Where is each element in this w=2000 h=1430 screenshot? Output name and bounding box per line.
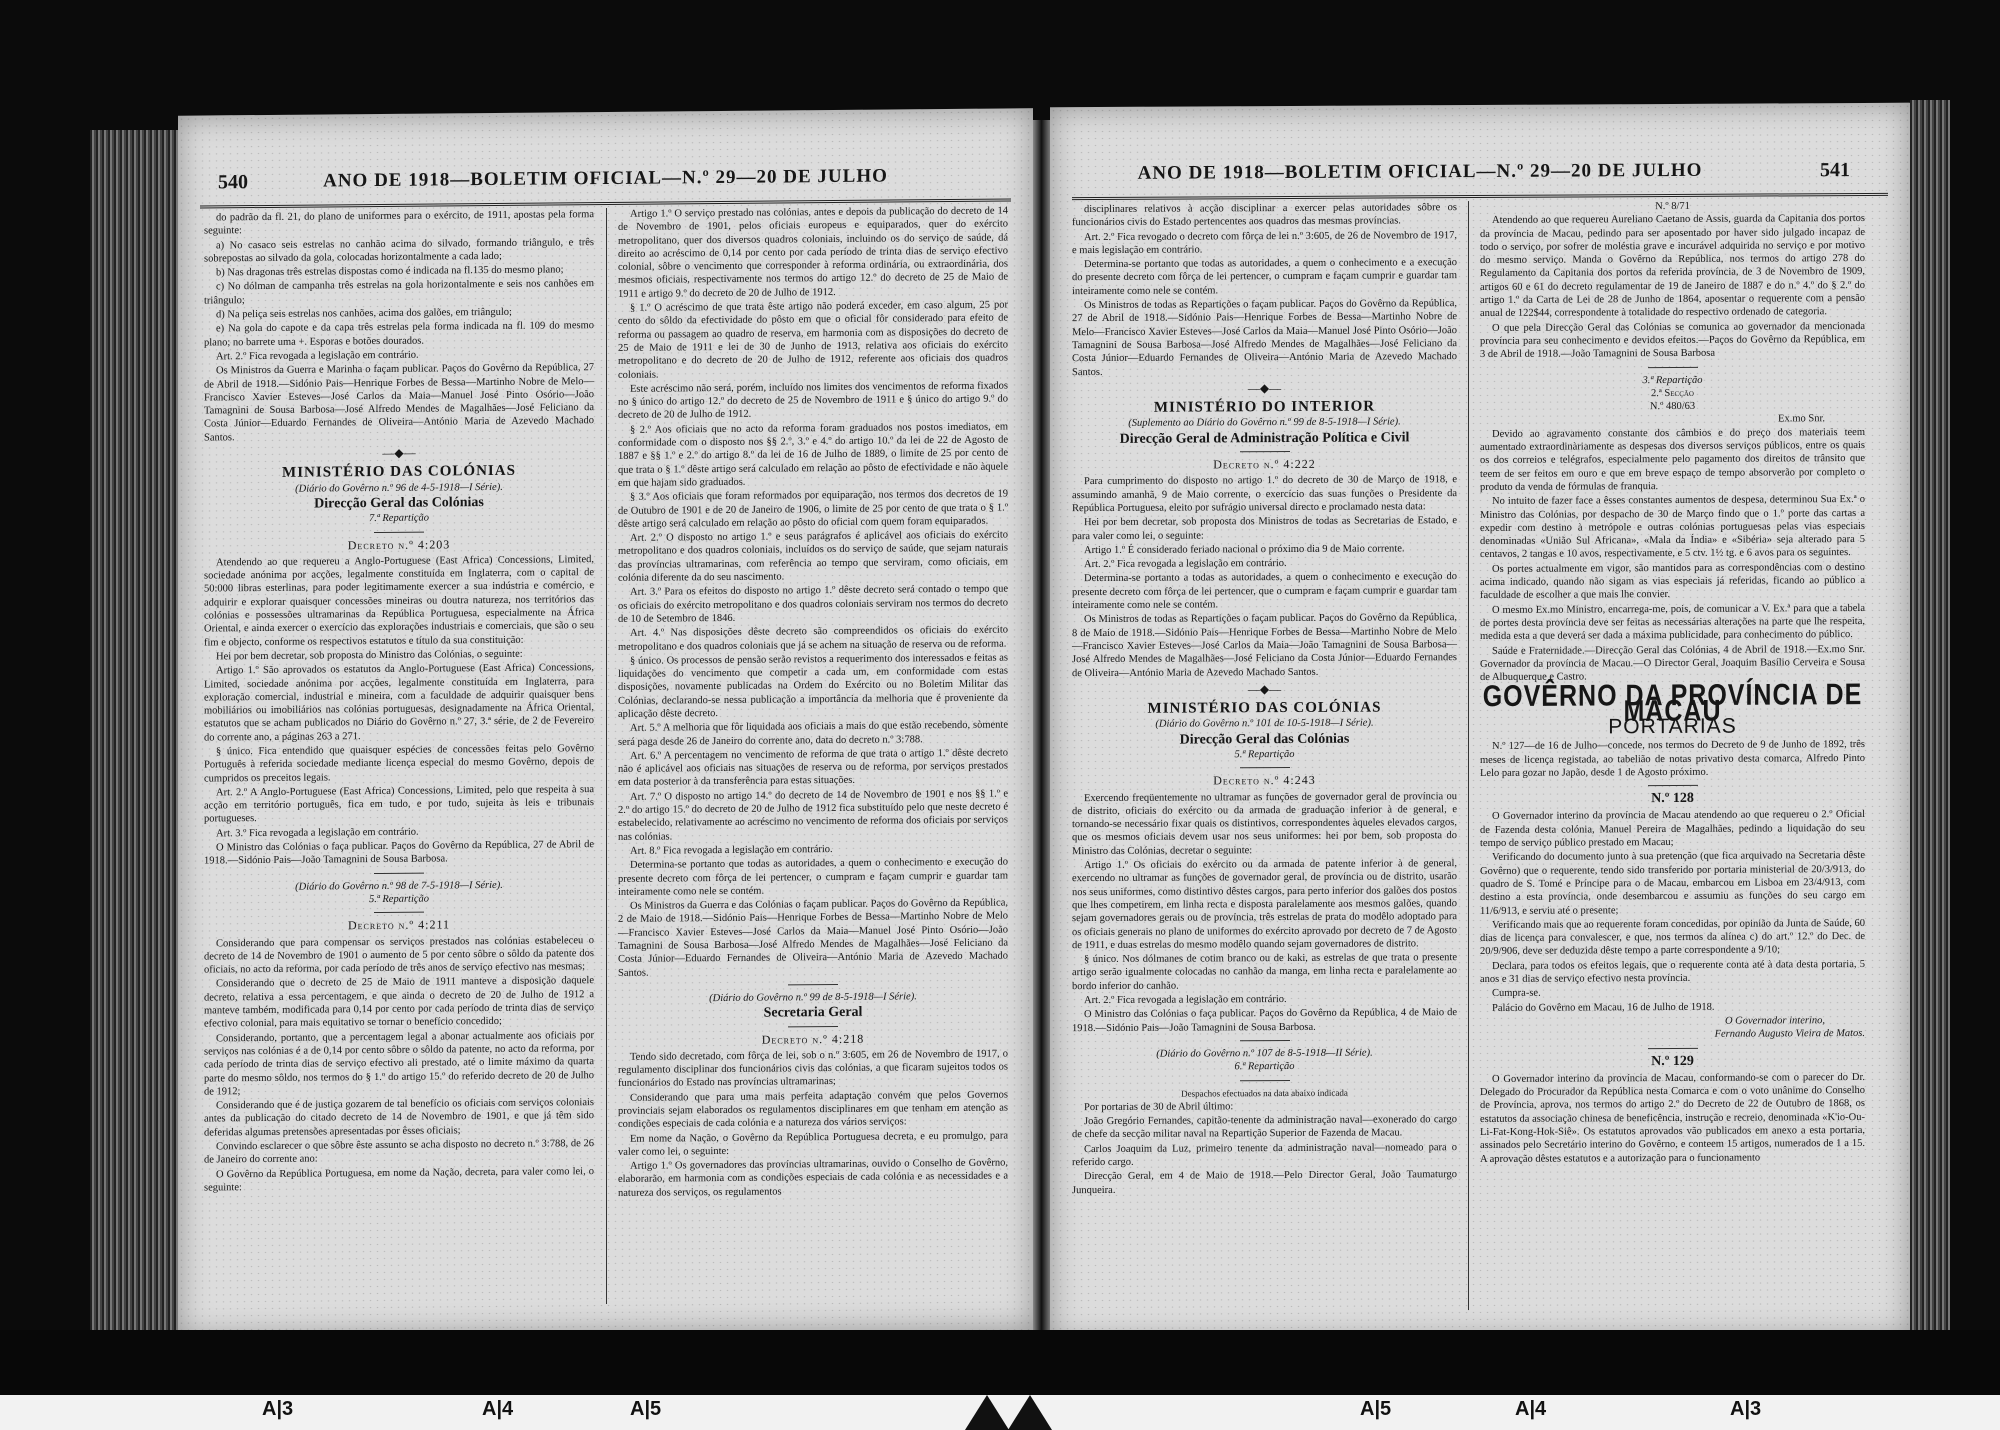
- macau-government-heading: GOVÊRNO DA PROVÍNCIA DE MACAU: [1480, 688, 1865, 722]
- page-header: ANO DE 1918—BOLETIM OFICIAL—N.º 29—20 DE…: [1050, 153, 1910, 194]
- column-left-1: do padrão da fl. 21, do plano de uniform…: [204, 208, 594, 1196]
- text-paragraph: Por portarias de 30 de Abril último:: [1072, 1099, 1457, 1114]
- text-paragraph: Art. 4.º Nas disposições dêste decreto s…: [618, 624, 1008, 654]
- text-paragraph: Considerando, portanto, que a percentage…: [204, 1029, 594, 1099]
- decreto-heading: Decreto n.º 4:222: [1072, 457, 1457, 472]
- film-marker: A|5: [630, 1398, 661, 1421]
- text-paragraph: do padrão da fl. 21, do plano de uniform…: [204, 208, 594, 238]
- text-paragraph: Verificando mais que ao requerente foram…: [1480, 917, 1865, 959]
- text-paragraph: João Gregório Fernandes, capitão-tenente…: [1072, 1113, 1457, 1142]
- decreto-heading: Decreto n.º 4:203: [204, 537, 594, 554]
- text-paragraph: Considerando que para uma mais perfeita …: [618, 1088, 1008, 1131]
- text-paragraph: Declara, para todos os efeitos legais, q…: [1480, 958, 1865, 987]
- text-paragraph: Art. 2.º Fica revogada a legislação em c…: [1072, 992, 1457, 1007]
- text-paragraph: Art. 2.º Fica revogado o decreto com fôr…: [1072, 229, 1457, 258]
- film-center-arrow-right-icon: [1008, 1395, 1052, 1430]
- book-page-edges-right: [1910, 100, 1950, 1340]
- running-title: ANO DE 1918—BOLETIM OFICIAL—N.º 29—20 DE…: [178, 164, 1033, 193]
- text-paragraph: Artigo 1.º É considerado feriado naciona…: [1072, 542, 1457, 557]
- text-paragraph: Para cumprimento do disposto no artigo 1…: [1072, 473, 1457, 515]
- text-paragraph: Art. 7.º O disposto no artigo 14.º do de…: [618, 787, 1008, 844]
- text-paragraph: disciplinares relativos à acção discipli…: [1072, 201, 1457, 230]
- text-paragraph: Artigo 1.º Os governadores das província…: [618, 1157, 1008, 1200]
- decreto-heading: Decreto n.º 4:243: [1072, 773, 1457, 788]
- text-paragraph: § único. Os processos de pensão serão re…: [618, 651, 1008, 721]
- scan-dark-band: [0, 1330, 2000, 1395]
- text-paragraph: a) No casaco seis estrelas no canhão aci…: [204, 236, 594, 266]
- text-paragraph: § 1.º O acréscimo de que trata êste arti…: [618, 299, 1008, 382]
- column-left-2: Artigo 1.º O serviço prestado nas colóni…: [618, 204, 1008, 1200]
- despachos-list: Por portarias de 30 de Abril último:João…: [1072, 1099, 1457, 1197]
- text-paragraph: § 2.º Aos oficiais que no acto da reform…: [618, 420, 1008, 490]
- secretaria-heading: Secretaria Geral: [618, 1005, 1008, 1022]
- text-paragraph: Os Ministros de todas as Repartições o f…: [1072, 611, 1457, 680]
- text-paragraph: Direcção Geral, em 4 de Maio de 1918.—Pe…: [1072, 1168, 1457, 1197]
- decreto-continuation: disciplinares relativos à acção discipli…: [1072, 201, 1457, 379]
- film-marker: A|5: [1360, 1398, 1391, 1421]
- ministry-heading: MINISTÉRIO DAS COLÓNIAS: [204, 464, 594, 481]
- text-paragraph: Hei por bem decretar, sob proposta dos M…: [1072, 514, 1457, 543]
- text-paragraph: Devido ao agravamento constante dos câmb…: [1480, 426, 1865, 495]
- text-paragraph: Art. 2.º Fica revogada a legislação em c…: [1072, 556, 1457, 571]
- portaria-number: N.º 129: [1480, 1053, 1865, 1068]
- divider: [1240, 451, 1290, 452]
- text-paragraph: Os Ministros da Guerra e Marinha o façam…: [204, 361, 594, 444]
- text-paragraph: O Ministro das Colónias o faça publicar.…: [1072, 1006, 1457, 1035]
- text-paragraph: Determina-se portanto que todas as autor…: [1072, 256, 1457, 298]
- reparticao-label: 7.ª Repartição: [204, 510, 594, 527]
- divider: [1240, 767, 1290, 768]
- divider: [1648, 785, 1698, 786]
- decreto-heading: Decreto n.º 4:211: [204, 917, 594, 934]
- decreto-articles: Artigo 1.º O serviço prestado nas colóni…: [618, 204, 1008, 979]
- decreto-body: Para cumprimento do disposto no artigo 1…: [1072, 473, 1457, 679]
- column-right-2: N.º 8/71 Atendendo ao que requereu Aurel…: [1480, 199, 1865, 1167]
- text-paragraph: Considerando que é de justiça gozarem de…: [204, 1096, 594, 1139]
- text-paragraph: Determina-se portanto que todas as autor…: [618, 856, 1008, 899]
- oficio-body: Atendendo ao que requereu Aureliano Caet…: [1480, 212, 1865, 361]
- diario-reference: (Suplemento ao Diário do Govêrno n.º 99 …: [1072, 416, 1457, 431]
- reparticao-label: 5.ª Repartição: [204, 891, 594, 908]
- section-ornament: —◆—: [1072, 682, 1457, 697]
- signature-name: Fernando Augusto Vieira de Matos.: [1480, 1027, 1865, 1042]
- text-paragraph: Carlos Joaquim da Luz, primeiro tenente …: [1072, 1141, 1457, 1170]
- divider: [374, 872, 424, 873]
- text-paragraph: O Govêrno da República Portuguesa, em no…: [204, 1165, 594, 1195]
- text-paragraph: Art. 6.º A percentagem no vencimento de …: [618, 746, 1008, 789]
- decreto-body: Considerando que para compensar os servi…: [204, 934, 594, 1195]
- text-paragraph: O que pela Direcção Geral das Colónias s…: [1480, 320, 1865, 362]
- text-paragraph: Artigo 1.º Os oficiais do exército ou da…: [1072, 857, 1457, 952]
- text-paragraph: Considerando que o decreto de 25 de Maio…: [204, 975, 594, 1032]
- portaria-128-body: O Governador interino da província de Ma…: [1480, 808, 1865, 1014]
- text-paragraph: § único. Fica entendido que quaisquer es…: [204, 742, 594, 785]
- text-paragraph: Exercendo freqüentemente no ultramar as …: [1072, 790, 1457, 859]
- text-paragraph: No intuito de fazer face a êsses constan…: [1480, 493, 1865, 562]
- film-marker: A|4: [1515, 1398, 1546, 1421]
- column-separator: [606, 208, 607, 1304]
- text-paragraph: Verificando do documento junto à sua pre…: [1480, 849, 1865, 918]
- book-page-edges-left: [90, 130, 180, 1330]
- divider: [788, 1025, 838, 1026]
- text-paragraph: Artigo 1.º O serviço prestado nas colóni…: [618, 204, 1008, 300]
- divider: [374, 531, 424, 532]
- page-header: 540 ANO DE 1918—BOLETIM OFICIAL—N.º 29—2…: [178, 158, 1033, 201]
- direccao-heading: Direcção Geral das Colónias: [204, 495, 594, 512]
- oficio-body: Devido ao agravamento constante dos câmb…: [1480, 426, 1865, 685]
- section-ornament: —◆—: [1072, 381, 1457, 396]
- decreto-body: Exercendo freqüentemente no ultramar as …: [1072, 790, 1457, 1035]
- divider: [1240, 1080, 1290, 1081]
- text-paragraph: Atendendo ao que requereu Aureliano Caet…: [1480, 212, 1865, 320]
- film-marker: A|4: [482, 1398, 513, 1421]
- running-title: ANO DE 1918—BOLETIM OFICIAL—N.º 29—20 DE…: [1050, 159, 1790, 185]
- text-paragraph: O mesmo Ex.mo Ministro, encarrega-me, po…: [1480, 602, 1865, 644]
- text-paragraph: O Ministro das Colónias o faça publicar.…: [204, 838, 594, 868]
- text-paragraph: Atendendo ao que requereu a Anglo-Portug…: [204, 553, 594, 649]
- text-paragraph: Este acréscimo não será, porém, incluído…: [618, 379, 1008, 422]
- column-separator: [1468, 201, 1469, 1310]
- text-paragraph: Determina-se portanto a todas as autorid…: [1072, 571, 1457, 613]
- text-paragraph: Art. 5.º A melhoria que fôr liquidada ao…: [618, 719, 1008, 749]
- divider: [374, 912, 424, 913]
- text-paragraph: Art. 2.º A Anglo-Portuguese (East Africa…: [204, 783, 594, 826]
- right-page: ANO DE 1918—BOLETIM OFICIAL—N.º 29—20 DE…: [1050, 103, 1910, 1343]
- ministry-heading: MINISTÉRIO DAS COLÓNIAS: [1072, 701, 1457, 716]
- text-paragraph: c) No dólman de campanha três estrelas n…: [204, 278, 594, 308]
- direccao-heading: Direcção Geral de Administração Política…: [1072, 431, 1457, 446]
- ministry-heading: MINISTÉRIO DO INTERIOR: [1072, 400, 1457, 415]
- uniform-items: a) No casaco seis estrelas no canhão aci…: [204, 236, 594, 445]
- section-ornament: —◆—: [204, 445, 594, 462]
- column-right-1: disciplinares relativos à acção discipli…: [1072, 201, 1457, 1198]
- text-paragraph: Considerando que para compensar os servi…: [204, 934, 594, 977]
- left-page: 540 ANO DE 1918—BOLETIM OFICIAL—N.º 29—2…: [178, 108, 1033, 1337]
- text-paragraph: Artigo 1.º São aprovados os estatutos da…: [204, 661, 594, 744]
- divider: [1240, 1040, 1290, 1041]
- portaria-129-body: O Governador interino da província de Ma…: [1480, 1071, 1865, 1166]
- text-paragraph: O Governador interino da província de Ma…: [1480, 808, 1865, 850]
- text-paragraph: Convindo esclarecer o que sôbre êste ass…: [204, 1137, 594, 1167]
- diario-reference: (Diário do Govêrno n.º 99 de 8-5-1918—I …: [618, 989, 1008, 1006]
- reparticao-label: 6.ª Repartição: [1072, 1059, 1457, 1074]
- reparticao-label: 5.ª Repartição: [1072, 747, 1457, 762]
- decreto-body: Tendo sido decretado, com fôrça de lei, …: [618, 1047, 1008, 1200]
- text-paragraph: Os portes actualmente em vigor, são mant…: [1480, 561, 1865, 603]
- text-paragraph: § único. Nos dólmanes de cotim branco ou…: [1072, 951, 1457, 993]
- decreto-body: Atendendo ao que requereu a Anglo-Portug…: [204, 553, 594, 868]
- text-paragraph: Os Ministros de todas as Repartições o f…: [1072, 297, 1457, 379]
- film-center-arrow-left-icon: [965, 1395, 1009, 1430]
- diario-reference: (Diário do Govêrno n.º 101 de 10-5-1918—…: [1072, 717, 1457, 732]
- diario-reference: (Diário do Govêrno n.º 96 de 4-5-1918—I …: [204, 480, 594, 497]
- text-paragraph: Palácio do Govêrno em Macau, 16 de Julho…: [1480, 1000, 1865, 1015]
- text-paragraph: Em nome da Nação, o Govêrno da República…: [618, 1129, 1008, 1159]
- page-number: 541: [1820, 159, 1850, 182]
- text-paragraph: Cumpra-se.: [1480, 985, 1865, 1000]
- portaria-number: N.º 128: [1480, 791, 1865, 806]
- portaria-127: N.º 127—de 16 de Julho—concede, nos term…: [1480, 738, 1865, 780]
- divider: [1648, 366, 1698, 367]
- text-paragraph: § 3.º Aos oficiais que foram reformados …: [618, 488, 1008, 531]
- decreto-heading: Decreto n.º 4:218: [618, 1031, 1008, 1048]
- text-paragraph: Art. 2.º O disposto no artigo 1.º e seus…: [618, 529, 1008, 586]
- direccao-heading: Direcção Geral das Colónias: [1072, 732, 1457, 747]
- divider: [788, 984, 838, 985]
- divider: [1648, 1047, 1698, 1048]
- film-marker: A|3: [262, 1398, 293, 1421]
- text-paragraph: Art. 3.º Para os efeitos do disposto no …: [618, 583, 1008, 626]
- text-paragraph: O Governador interino da província de Ma…: [1480, 1071, 1865, 1166]
- text-paragraph: Os Ministros da Guerra e das Colónias o …: [618, 897, 1008, 980]
- text-paragraph: Tendo sido decretado, com fôrça de lei, …: [618, 1047, 1008, 1090]
- text-paragraph: e) Na gola do capote e da capa três estr…: [204, 319, 594, 349]
- book-spine: [1033, 120, 1050, 1340]
- film-marker: A|3: [1730, 1398, 1761, 1421]
